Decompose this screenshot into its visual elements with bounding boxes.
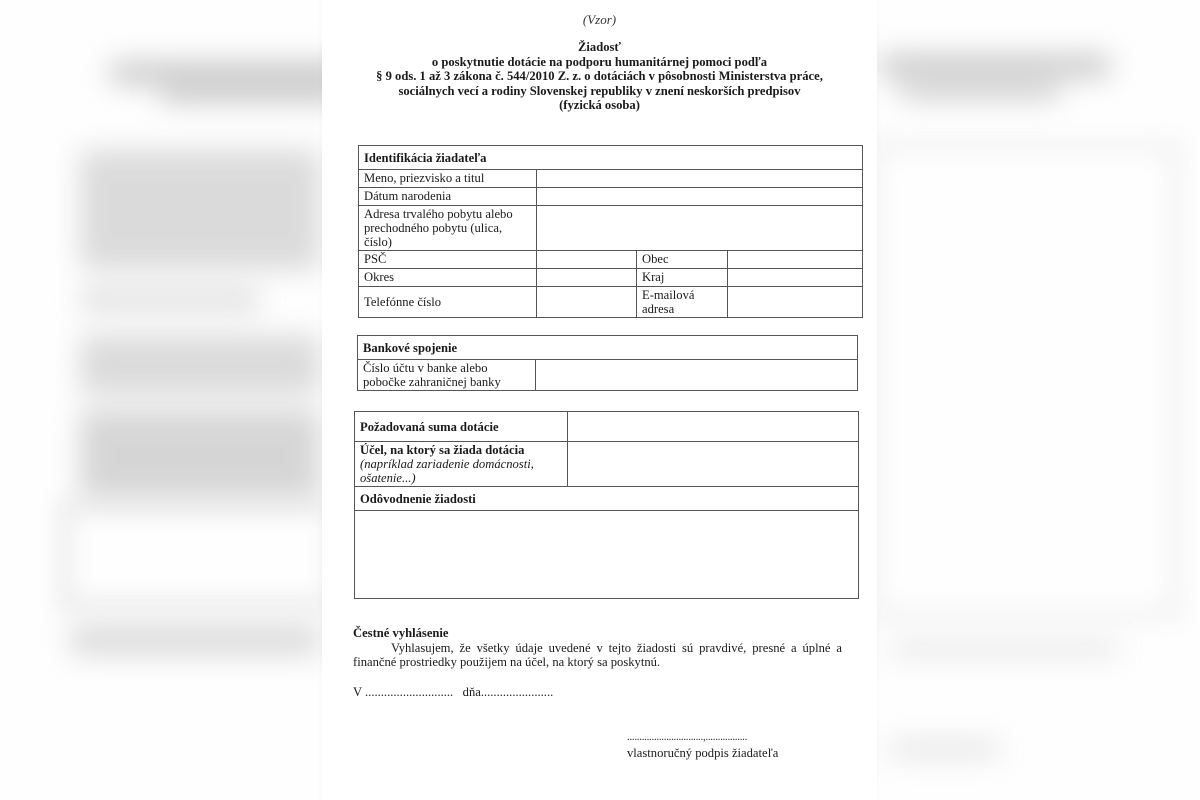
justification-field[interactable] [355,511,859,599]
sample-label: (Vzor) [322,12,877,28]
identification-table: Identifikácia žiadateľa Meno, priezvisko… [358,145,863,318]
form-title: Žiadosť o poskytnutie dotácie na podporu… [322,40,877,113]
district-field[interactable] [537,269,637,287]
purpose-label: Účel, na ktorý sa žiada dotácia [360,443,562,457]
title-line: § 9 ods. 1 až 3 zákona č. 544/2010 Z. z.… [322,69,877,84]
title-line: (fyzická osoba) [322,98,877,113]
account-field[interactable] [536,360,858,391]
district-label: Okres [359,269,537,287]
postal-code-field[interactable] [537,251,637,269]
justification-heading: Odôvodnenie žiadosti [355,487,859,511]
address-label: Adresa trvalého pobytu alebo prechodného… [359,206,537,251]
phone-field[interactable] [537,287,637,318]
title-line: o poskytnutie dotácie na podporu humanit… [322,55,877,70]
region-field[interactable] [728,269,863,287]
email-label: E-mailová adresa [637,287,728,318]
signature-field[interactable]: ...............................,........… [627,731,747,743]
name-label: Meno, priezvisko a titul [359,170,537,188]
postal-code-label: PSČ [359,251,537,269]
birth-date-field[interactable] [537,188,863,206]
bank-heading: Bankové spojenie [358,336,858,360]
region-label: Kraj [637,269,728,287]
purpose-field[interactable] [568,442,859,487]
account-label: Číslo účtu v banke alebo pobočke zahrani… [358,360,536,391]
signature-label: vlastnoručný podpis žiadateľa [627,746,778,761]
name-field[interactable] [537,170,863,188]
birth-date-label: Dátum narodenia [359,188,537,206]
date-prefix: dňa [463,685,481,699]
address-field[interactable] [537,206,863,251]
request-table: Požadovaná suma dotácie Účel, na ktorý s… [354,411,859,599]
title-line: Žiadosť [322,40,877,55]
amount-label: Požadovaná suma dotácie [355,412,568,442]
place-field[interactable]: ............................ [365,685,453,699]
declaration-section: Čestné vyhlásenie Vyhlasujem, že všetky … [353,626,842,669]
title-line: sociálnych vecí a rodiny Slovenskej repu… [322,84,877,99]
date-field[interactable]: ....................... [481,685,553,699]
declaration-heading: Čestné vyhlásenie [353,626,842,640]
purpose-hint: (napríklad zariadenie domácnosti, ošaten… [360,457,562,485]
phone-label: Telefónne číslo [359,287,537,318]
place-prefix: V [353,685,362,699]
municipality-label: Obec [637,251,728,269]
declaration-text: Vyhlasujem, že všetky údaje uvedené v te… [353,641,842,669]
bank-table: Bankové spojenie Číslo účtu v banke aleb… [357,335,858,391]
identification-heading: Identifikácia žiadateľa [359,146,863,170]
municipality-field[interactable] [728,251,863,269]
email-field[interactable] [728,287,863,318]
place-date-line: V ............................ dňa......… [353,685,553,700]
application-form-page: (Vzor) Žiadosť o poskytnutie dotácie na … [322,0,877,800]
purpose-cell: Účel, na ktorý sa žiada dotácia (napríkl… [355,442,568,487]
amount-field[interactable] [568,412,859,442]
